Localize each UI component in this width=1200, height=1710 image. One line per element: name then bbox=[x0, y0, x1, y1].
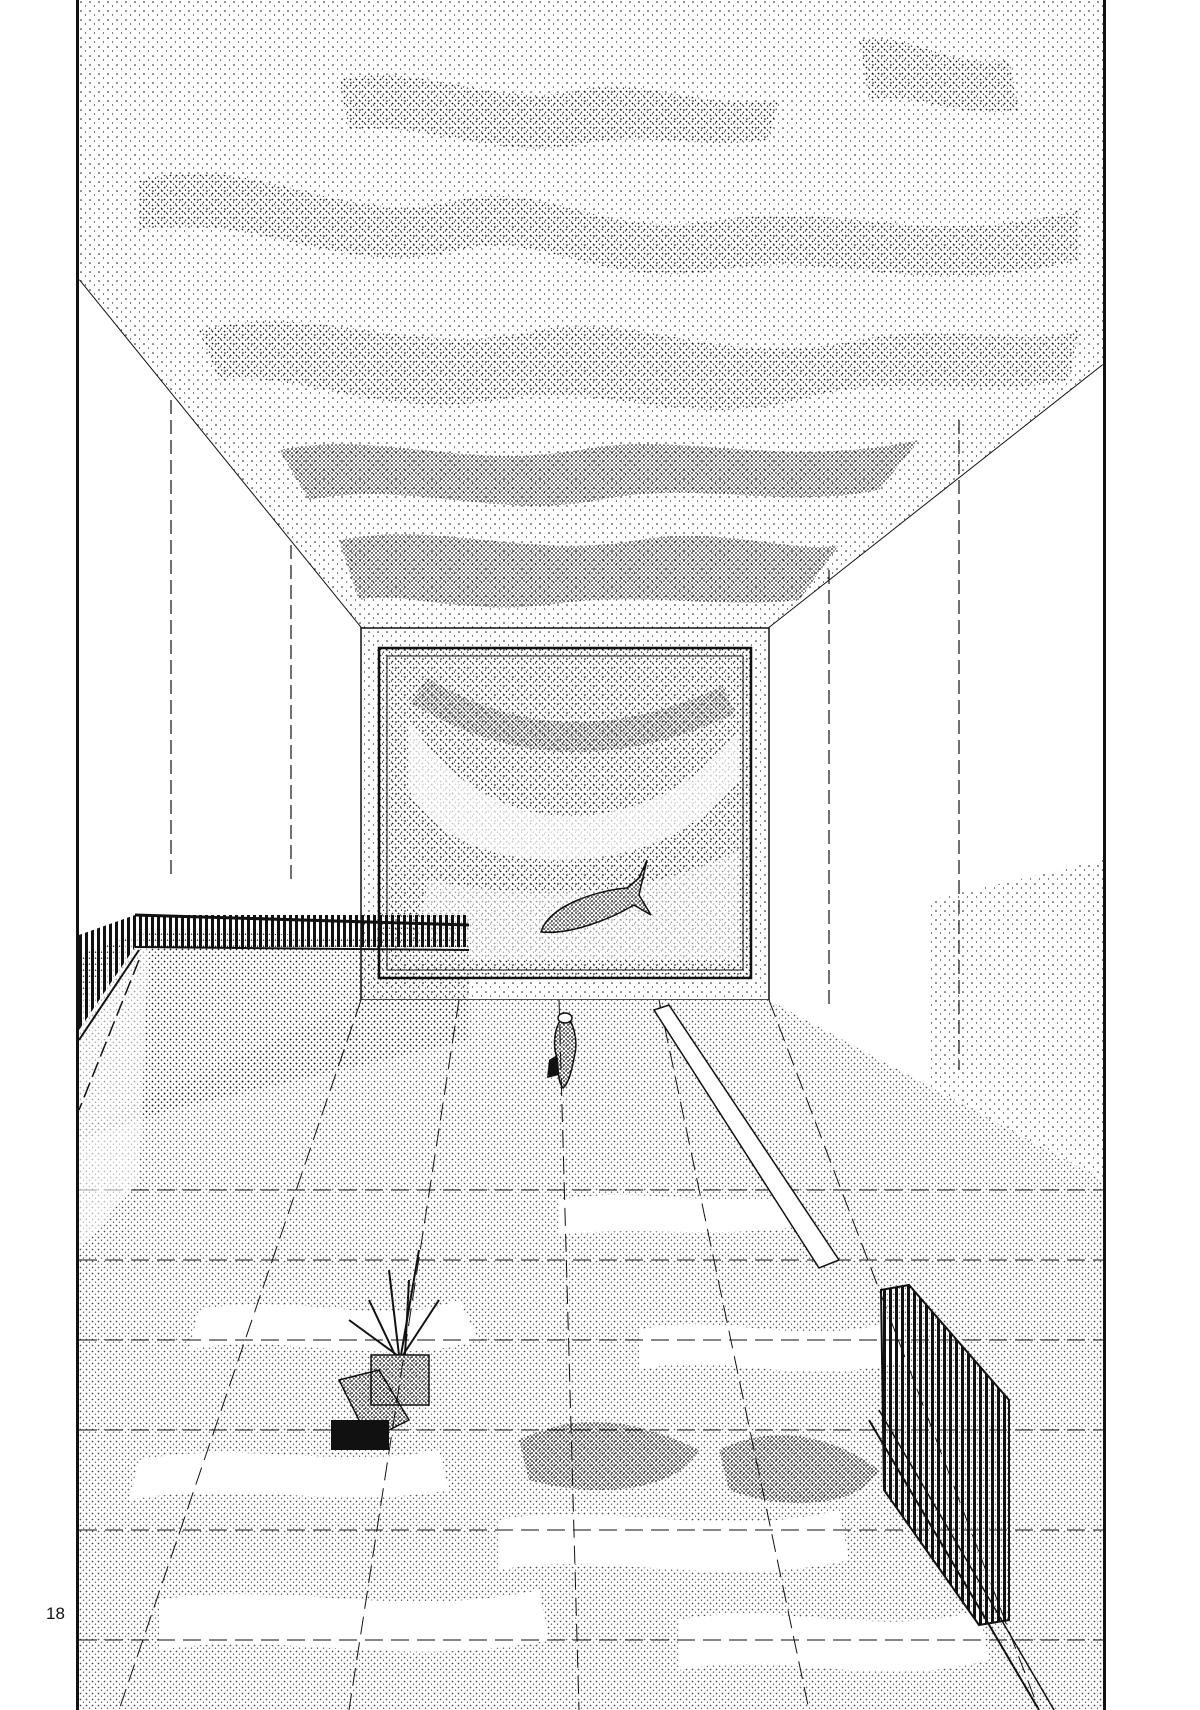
aquarium-hall-scene bbox=[79, 0, 1103, 1710]
manga-page: 18 bbox=[0, 0, 1200, 1710]
page-number: 18 bbox=[46, 1604, 65, 1624]
illustration-panel bbox=[76, 0, 1106, 1710]
